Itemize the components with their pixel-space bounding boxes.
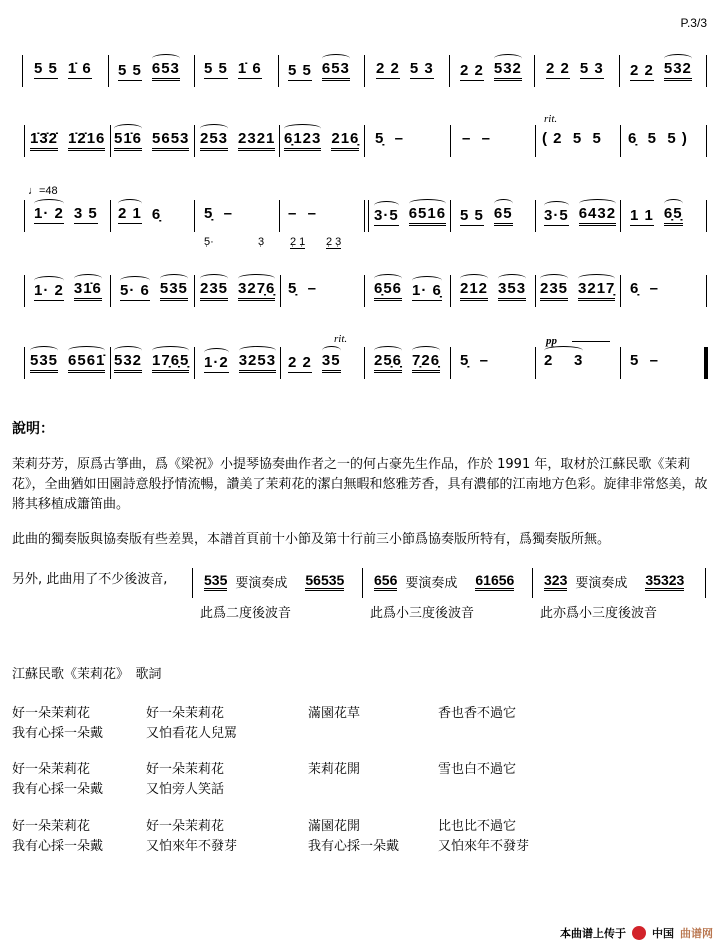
measure: 5̣ –: [460, 352, 489, 370]
site-logo-icon: [632, 926, 646, 940]
note-group: 5 3: [410, 60, 434, 79]
note-group: 532: [664, 60, 692, 81]
measure: 1 16̣5̣: [630, 205, 683, 226]
note-group: 532: [494, 60, 522, 81]
measure: 6̣ –: [630, 280, 659, 298]
measure: 2 25 3: [546, 60, 604, 79]
site-logo-text-accent[interactable]: 曲谱网: [680, 925, 713, 941]
score-row-2: 1̇3̇2̇1̇2̇16 51̇65653 2532321 6̣123216̣ …: [0, 125, 725, 165]
tempo-mark: ♩=48: [28, 185, 58, 197]
measure: 6̣561· 6̣: [374, 280, 442, 301]
note-group: 2 2: [460, 62, 484, 81]
measure: 5 5653: [118, 60, 180, 81]
sub-note: 5̣·: [204, 236, 214, 248]
note-group: 2 2: [630, 62, 654, 81]
note-group: 5 5: [288, 62, 312, 81]
notes-paragraph-2: 此曲的獨奏版與協奏版有些差異，本譜首頁前十小節及第十行前三小節爲協奏版所特有，爲…: [12, 530, 712, 550]
measure: 2 2532: [460, 60, 522, 81]
ornament-label: 此亦爲小三度後波音: [540, 602, 657, 621]
site-logo-text[interactable]: 中国: [652, 925, 674, 941]
measure: 5· 6535: [120, 280, 188, 301]
measure: 1̇3̇2̇1̇2̇16: [30, 130, 105, 151]
measure: ( 2 5 5: [542, 130, 602, 148]
measure: 25̣6̣7̣26̣: [374, 352, 440, 373]
measure: 5 5653: [288, 60, 350, 81]
note-group: 5 5: [118, 62, 142, 81]
score-row-3: ♩=48 1· 23 5 2 16̣ 5̣ – – – 3·56516 5 56…: [0, 200, 725, 240]
ornament-example: 535要演奏成56535: [204, 566, 344, 596]
measure: 2 25 3: [376, 60, 434, 79]
measure: 1· 231̇6: [34, 280, 102, 301]
note-group: 653: [152, 60, 180, 81]
note-group: 2 2: [546, 60, 570, 79]
score-row-4: 1· 231̇6 5· 6535 235327̣6̣ 5̣ – 6̣561· 6…: [0, 275, 725, 315]
page-number: P.3/3: [681, 16, 707, 30]
note-group: 653: [322, 60, 350, 81]
note-group: 5 5: [204, 60, 228, 79]
score-row-1: 5 51̇ 6 5 5653 5 51̇ 6 5 5653 2 25 3 2 2…: [0, 55, 725, 95]
measure: 1· 23 5: [34, 205, 98, 224]
measure: 5 51̇ 6: [34, 60, 92, 79]
measure: 212353: [460, 280, 526, 301]
measure: 2532321: [200, 130, 275, 151]
note-group: 5 5: [34, 60, 58, 79]
measure: 3·56516: [374, 205, 446, 226]
measure: 51̇65653: [114, 130, 189, 151]
final-barline: [704, 347, 708, 379]
notes-paragraph-1: 茉莉芬芳，原爲古箏曲，爲《梁祝》小提琴協奏曲作者之一的何占豪先生作品，作於 19…: [12, 455, 712, 515]
decrescendo-hairpin: [572, 341, 610, 342]
lyrics-title: 江蘇民歌《茉莉花》 歌詞: [12, 663, 162, 682]
note-group: 1̇ 6: [68, 60, 92, 79]
measure: 5 51̇ 6: [204, 60, 262, 79]
dynamic-pianissimo: pp: [546, 335, 557, 347]
score-row-5: 5356561̇ 53217̣6̣5̣ 1·23253 rit. 2 235 2…: [0, 347, 725, 387]
measure: – –: [288, 205, 317, 223]
measure: 2 3: [544, 352, 583, 370]
measure: 53217̣6̣5̣: [114, 352, 189, 373]
measure: 5356561̇: [30, 352, 105, 373]
sub-note: 2̣ 3̣: [326, 236, 341, 249]
measure: 2 235: [288, 352, 341, 373]
note-group: 5 3: [580, 60, 604, 79]
ornament-example: 323要演奏成35323: [544, 566, 684, 596]
ornament-intro: 另外, 此曲用了不少後波音,: [12, 568, 167, 587]
ornament-example: 656要演奏成61656: [374, 566, 514, 596]
measure: 5̣ –: [288, 280, 317, 298]
ornament-label: 此爲小三度後波音: [370, 602, 474, 621]
measure: 5̣ –: [375, 130, 404, 148]
footer-credit: 本曲谱上传于 中国曲谱网: [560, 925, 713, 941]
measure: 2353217̣: [540, 280, 615, 301]
note-group: 1̇ 6: [238, 60, 262, 79]
measure: – –: [462, 130, 491, 148]
measure: 235327̣6̣: [200, 280, 275, 301]
measure: 2 16̣: [118, 205, 161, 224]
measure: 3·56432: [544, 205, 616, 226]
upload-text: 本曲谱上传于: [560, 925, 626, 941]
note-group: 2 2: [376, 60, 400, 79]
measure: 6̣ 5 5 ): [628, 130, 688, 148]
barline: [22, 55, 23, 87]
measure: 1·23253: [204, 352, 276, 373]
sub-note: 2̣ 1̣: [290, 236, 305, 249]
measure: 6̣123216̣: [284, 130, 359, 151]
notes-heading: 說明：: [12, 418, 54, 438]
ritardando-mark: rit.: [334, 333, 347, 345]
measure: 5 –: [630, 352, 659, 370]
measure: 2 2532: [630, 60, 692, 81]
ritardando-mark: rit.: [544, 113, 557, 125]
ornament-label: 此爲二度後波音: [200, 602, 291, 621]
sub-note: 3̣: [258, 236, 264, 248]
measure: 5̣ –: [204, 205, 233, 223]
measure: 5 565: [460, 205, 513, 226]
